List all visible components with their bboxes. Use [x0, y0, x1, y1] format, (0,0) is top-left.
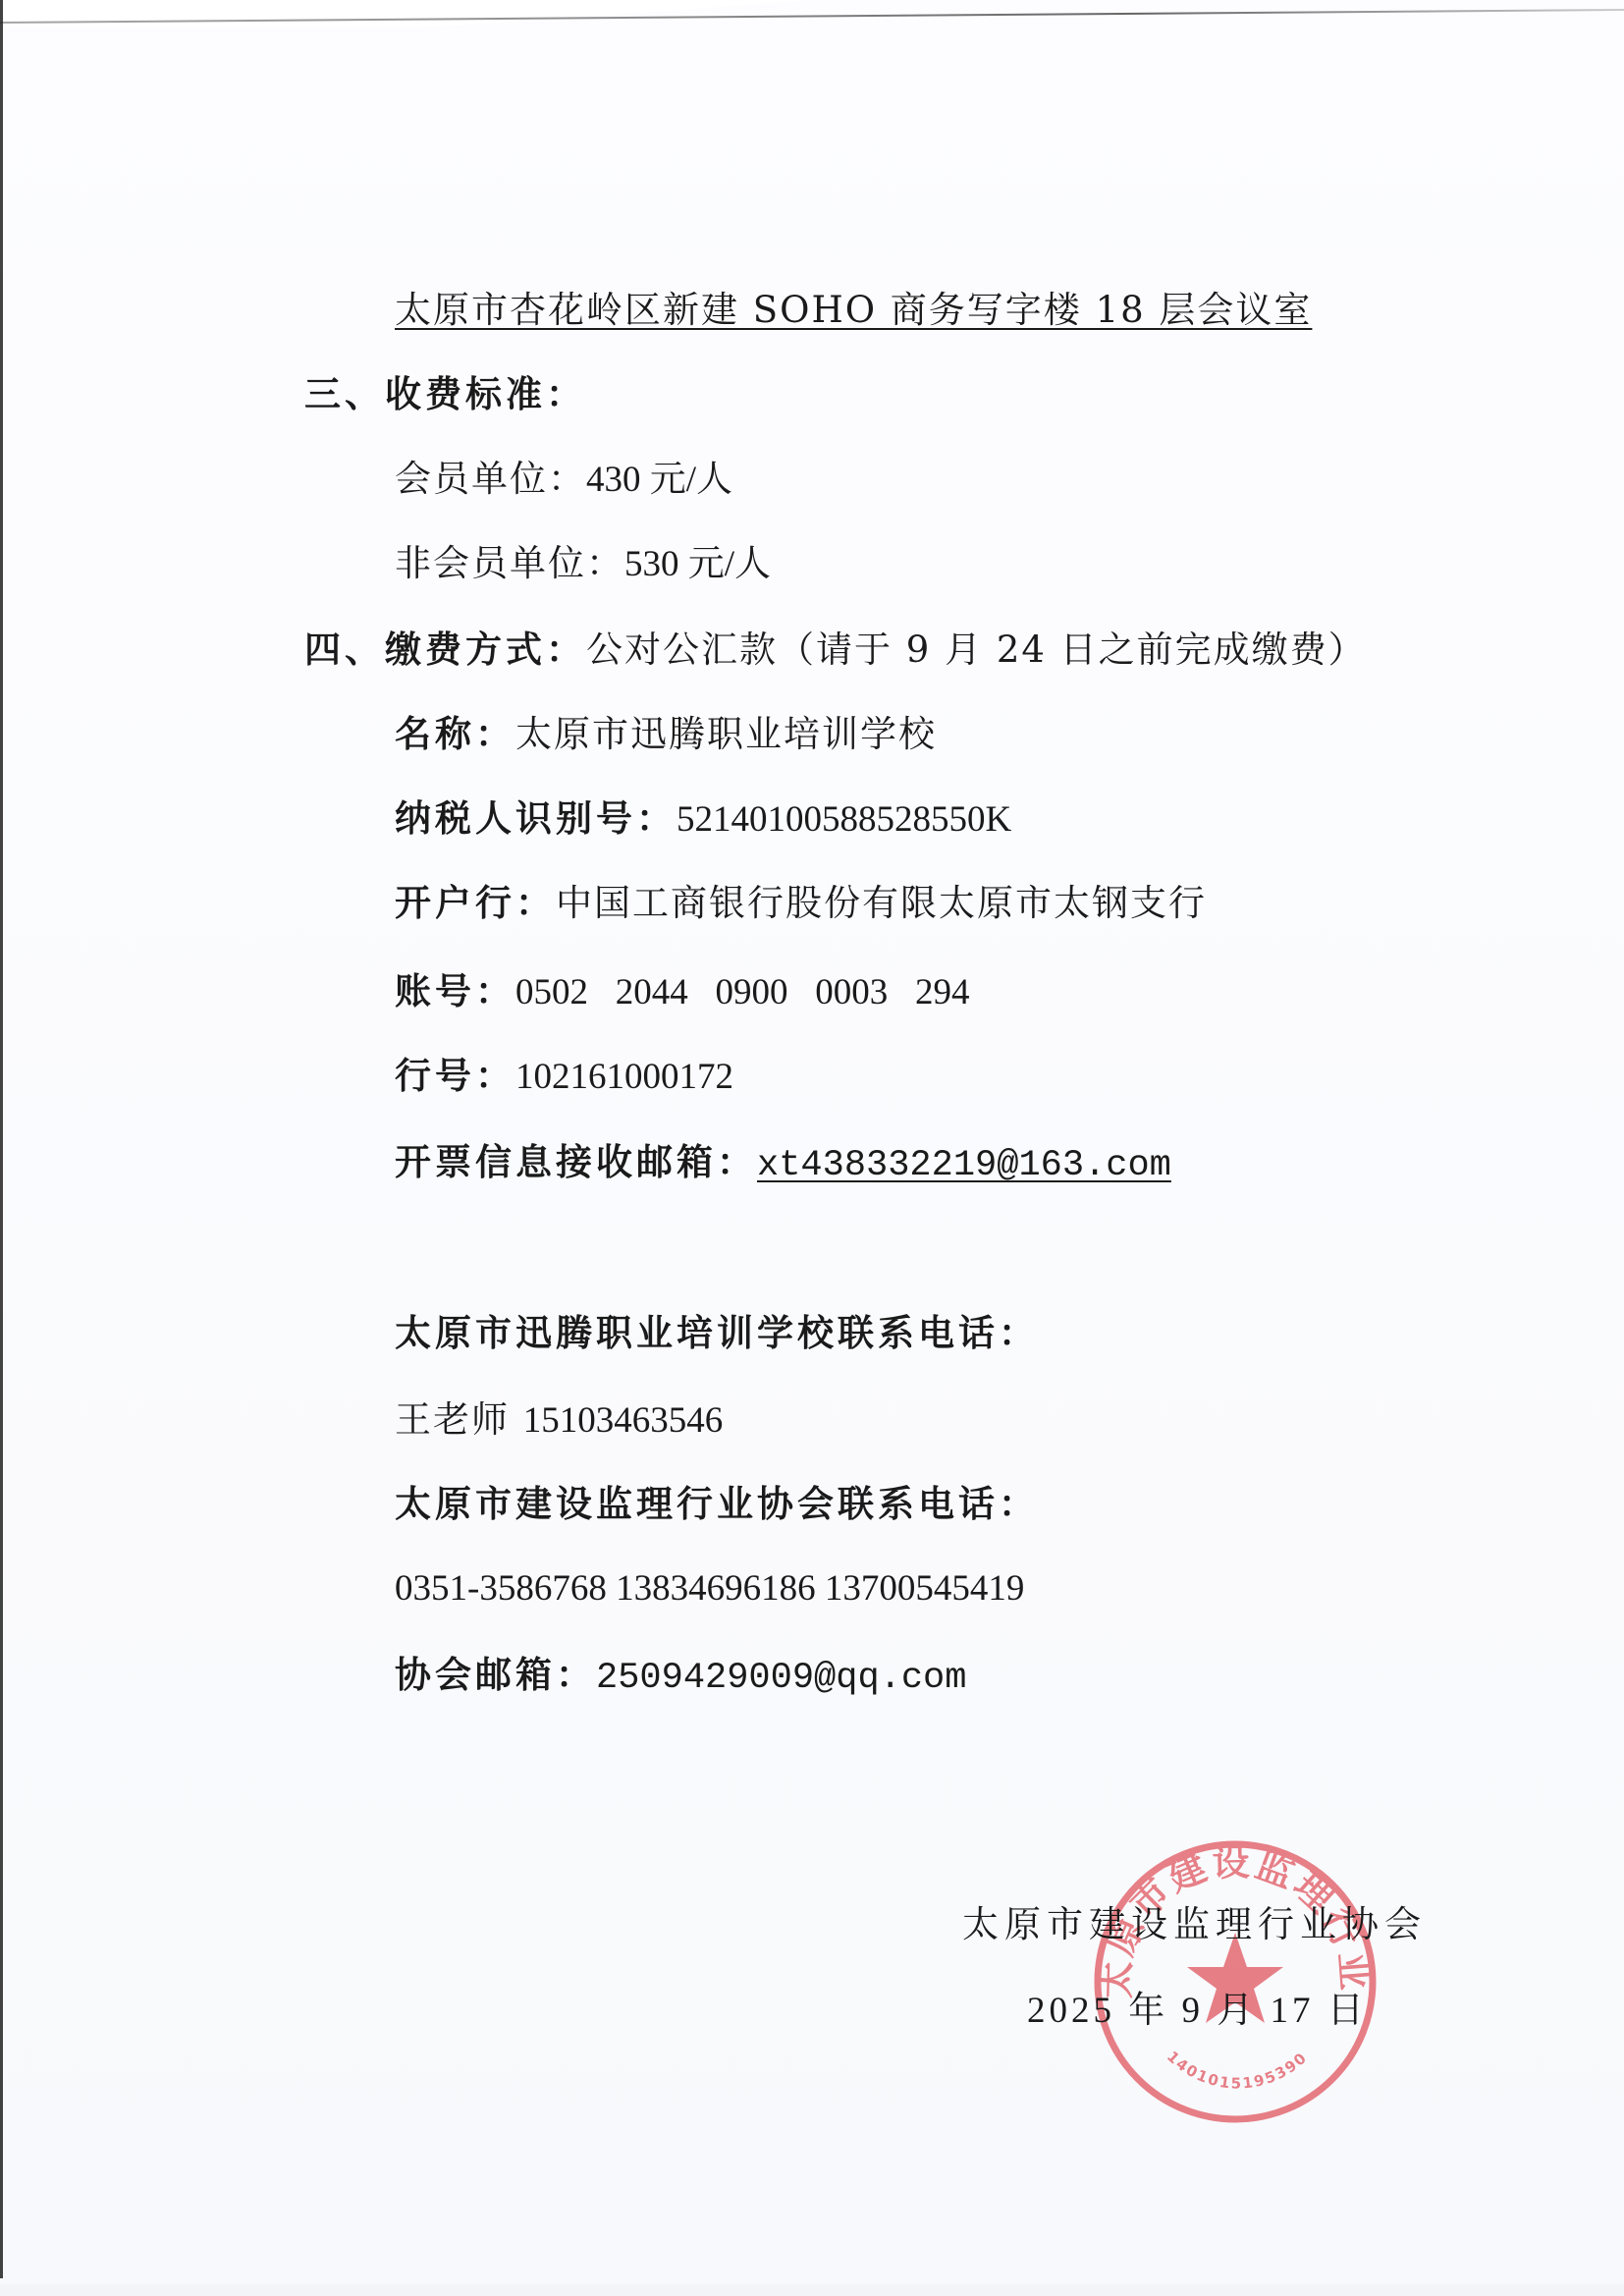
payee-name-row: 名称：太原市迅腾职业培训学校 — [395, 713, 937, 756]
association-email-label: 协会邮箱： — [395, 1654, 596, 1696]
signature-date: 2025 年 9 月 17 日 — [1027, 1990, 1368, 2033]
association-phones: 0351-3586768 13834696186 13700545419 — [395, 1567, 1024, 1611]
section-four-heading: 四、缴费方式： — [304, 629, 586, 671]
payment-method-row: 四、缴费方式：公对公汇款（请于 9 月 24 日之前完成缴费） — [304, 629, 1367, 672]
nonmember-fee-value: 530 元/人 — [624, 544, 771, 584]
bank-code-label: 行号： — [395, 1055, 515, 1097]
scan-edge-top — [0, 0, 1624, 27]
member-fee-value: 430 元/人 — [586, 460, 732, 500]
bank-row: 开户行：中国工商银行股份有限太原市太钢支行 — [395, 882, 1207, 925]
account-value: 0502 2044 0900 0003 294 — [515, 972, 970, 1012]
school-contact-phone: 15103463546 — [523, 1400, 724, 1441]
school-contact-heading: 太原市迅腾职业培训学校联系电话： — [395, 1312, 1039, 1355]
payee-name-value: 太原市迅腾职业培训学校 — [515, 713, 937, 755]
invoice-email-label: 开票信息接收邮箱： — [395, 1141, 757, 1183]
tax-id-row: 纳税人识别号：52140100588528550K — [395, 797, 1011, 842]
school-contact-row: 王老师 15103463546 — [395, 1398, 723, 1443]
seal-code: 1401015195390 — [1164, 2048, 1311, 2093]
payment-method-value: 公对公汇款（请于 9 月 24 日之前完成缴费） — [586, 629, 1367, 671]
member-fee-label: 会员单位： — [395, 458, 586, 500]
payee-name-label: 名称： — [395, 713, 515, 755]
svg-text:1401015195390: 1401015195390 — [1164, 2048, 1311, 2093]
venue-address: 太原市杏花岭区新建 SOHO 商务写字楼 18 层会议室 — [395, 289, 1312, 332]
scan-edge-bottom — [0, 2284, 1624, 2296]
section-three-heading: 三、收费标准： — [304, 373, 586, 416]
account-label: 账号： — [395, 970, 515, 1012]
scan-edge-left — [0, 0, 3, 2278]
signature-organization: 太原市建设监理行业协会 — [962, 1903, 1427, 1946]
bank-code-row: 行号：102161000172 — [395, 1055, 733, 1099]
invoice-email-link[interactable]: xt438332219@163.com — [757, 1145, 1171, 1186]
tax-id-value: 52140100588528550K — [677, 799, 1011, 840]
association-email-row: 协会邮箱：2509429009@qq.com — [395, 1654, 966, 1700]
official-seal-icon: 太原市建设监理行业协会 1401015195390 — [1088, 1834, 1382, 2129]
document-page: 太原市杏花岭区新建 SOHO 商务写字楼 18 层会议室 三、收费标准： 会员单… — [0, 0, 1624, 2296]
school-contact-name: 王老师 — [395, 1398, 510, 1441]
member-fee-row: 会员单位：430 元/人 — [395, 458, 732, 502]
bank-label: 开户行： — [395, 882, 556, 924]
account-row: 账号：0502 2044 0900 0003 294 — [395, 970, 970, 1014]
association-contact-heading: 太原市建设监理行业协会联系电话： — [395, 1483, 1039, 1526]
tax-id-label: 纳税人识别号： — [395, 797, 677, 840]
bank-code-value: 102161000172 — [515, 1057, 733, 1097]
nonmember-fee-label: 非会员单位： — [395, 542, 624, 584]
nonmember-fee-row: 非会员单位：530 元/人 — [395, 542, 771, 586]
association-email-value: 2509429009@qq.com — [596, 1658, 966, 1699]
invoice-email-row: 开票信息接收邮箱：xt438332219@163.com — [395, 1141, 1171, 1187]
bank-value: 中国工商银行股份有限太原市太钢支行 — [556, 882, 1207, 924]
